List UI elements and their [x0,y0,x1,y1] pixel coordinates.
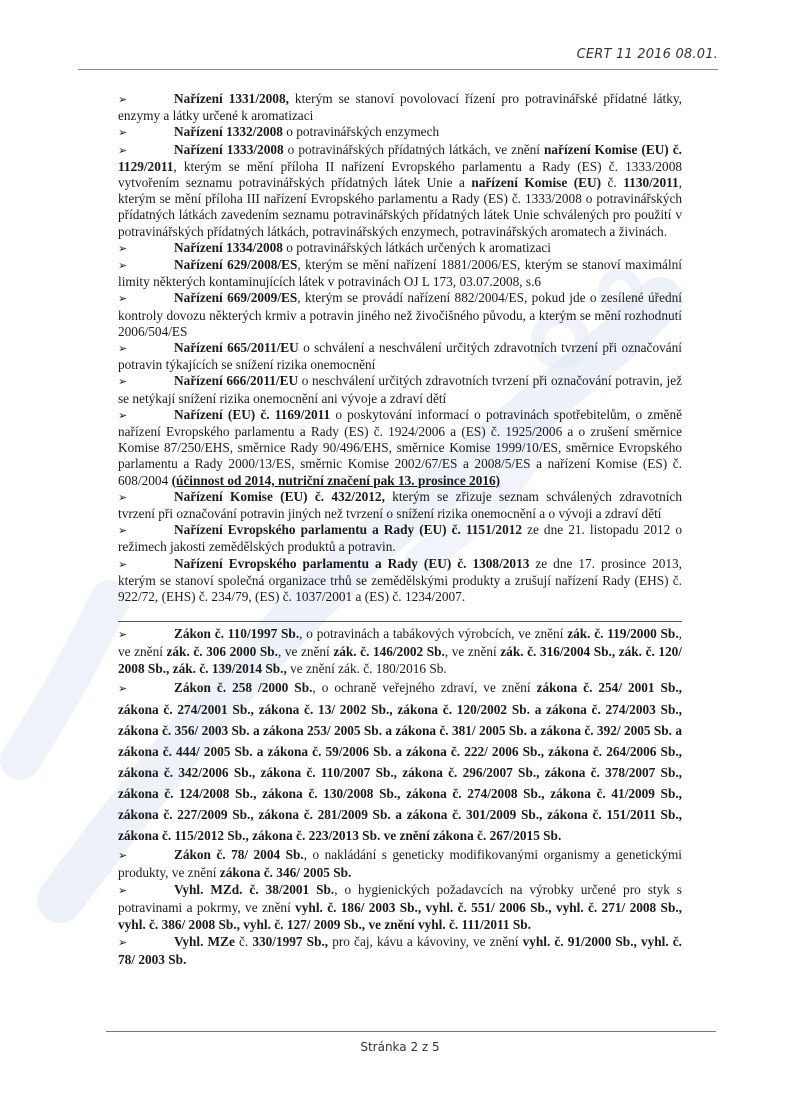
bold-reference: Nařízení Evropského parlamentu a Rady (E… [174,522,522,537]
bold-reference: zákona č. 346/ 2005 Sb. [220,865,352,880]
section-divider [118,621,682,622]
arrow-bullet-icon: ➢ [118,143,174,159]
bold-reference: Zákon č. 110/1997 Sb. [174,626,299,641]
list-item: ➢Zákon č. 110/1997 Sb., o potravinách a … [118,625,682,677]
item-text: , ve znění [445,644,500,659]
bold-reference: Nařízení 1334/2008 [174,240,283,255]
bold-reference: 1130/2011 [623,175,678,190]
national-laws-list: ➢Zákon č. 110/1997 Sb., o potravinách a … [118,625,682,968]
list-item: ➢Zákon č. 78/ 2004 Sb., o nakládání s ge… [118,846,682,881]
list-item: ➢Nařízení 1333/2008 o potravinářských př… [118,142,682,240]
list-item: ➢Nařízení (EU) č. 1169/2011 o poskytován… [118,407,682,489]
item-text: ve znění zák. č. 180/2016 Sb. [287,661,447,676]
bold-reference: Nařízení (EU) č. 1169/2011 [174,407,330,422]
arrow-bullet-icon: ➢ [118,92,174,108]
item-text: o potravinářských enzymech [283,124,439,139]
list-item: ➢Zákon č. 258 /2000 Sb., o ochraně veřej… [118,677,682,846]
arrow-bullet-icon: ➢ [118,258,174,274]
header-divider [78,69,718,70]
underlined-note: (účinnost od 2014, nutriční značení pak … [172,473,501,488]
arrow-bullet-icon: ➢ [118,125,174,141]
bold-reference: zák. č. 306 2000 Sb. [167,644,278,659]
list-item: ➢Nařízení 669/2009/ES, kterým se provádí… [118,290,682,340]
arrow-bullet-icon: ➢ [118,374,174,390]
arrow-bullet-icon: ➢ [118,934,174,951]
list-item: ➢Nařízení Evropského parlamentu a Rady (… [118,522,682,555]
arrow-bullet-icon: ➢ [118,882,174,899]
page-header: CERT 11 2016 08.01. [78,47,718,67]
document-code: CERT 11 2016 08.01. [577,47,718,62]
bold-reference: Nařízení 669/2009/ES [174,290,297,305]
page-number: Stránka 2 z 5 [0,1040,800,1054]
item-text: pro čaj, kávu a kávoviny, ve znění [328,934,522,949]
bold-reference: 330/1997 Sb., [252,934,328,949]
bold-reference: Nařízení 629/2008/ES [174,257,297,272]
list-item: ➢Nařízení 629/2008/ES, kterým se mění na… [118,257,682,290]
bold-reference: Zákon č. 78/ 2004 Sb. [174,847,304,862]
bold-reference: Nařízení 1332/2008 [174,124,283,139]
arrow-bullet-icon: ➢ [118,341,174,357]
arrow-bullet-icon: ➢ [118,557,174,573]
arrow-bullet-icon: ➢ [118,241,174,257]
list-item: ➢Nařízení Komise (EU) č. 432/2012, který… [118,489,682,522]
item-text: o potravinářských přídatných látkách, ve… [284,142,544,157]
list-item: ➢Nařízení Evropského parlamentu a Rady (… [118,556,682,606]
bold-reference: Nařízení 665/2011/EU [174,340,299,355]
item-text: , o potravinách a tabákových výrobcích, … [299,626,567,641]
list-item: ➢Nařízení 666/2011/EU o neschválení urči… [118,373,682,406]
bold-reference: zákona č. 254/ 2001 Sb., zákona č. 274/2… [118,680,682,843]
bold-reference: Nařízení Komise (EU) č. 432/2012, [174,489,385,504]
regulations-list: ➢Nařízení 1331/2008, kterým se stanoví p… [118,91,682,605]
bold-reference: Nařízení 1331/2008, [174,91,289,106]
bold-reference: Vyhl. MZd. č. 38/2001 Sb. [174,882,334,897]
list-item: ➢Nařízení 1334/2008 o potravinářských lá… [118,240,682,257]
bold-reference: Nařízení Evropského parlamentu a Rady (E… [174,556,529,571]
arrow-bullet-icon: ➢ [118,678,174,699]
list-item: ➢Vyhl. MZd. č. 38/2001 Sb., o hygienický… [118,881,682,933]
bold-reference: Vyhl. MZe [174,934,235,949]
footer-divider [106,1031,716,1032]
arrow-bullet-icon: ➢ [118,490,174,506]
arrow-bullet-icon: ➢ [118,626,174,643]
list-item: ➢Nařízení 1332/2008 o potravinářských en… [118,124,682,141]
bold-reference: nařízení Komise (EU) [471,175,601,190]
list-item: ➢Nařízení 665/2011/EU o schválení a nesc… [118,340,682,373]
arrow-bullet-icon: ➢ [118,523,174,539]
arrow-bullet-icon: ➢ [118,291,174,307]
bold-reference: Nařízení 666/2011/EU [174,373,298,388]
arrow-bullet-icon: ➢ [118,408,174,424]
item-text: č. [235,934,252,949]
item-text: o potravinářských látkách určených k aro… [283,240,551,255]
bold-reference: zák. č. 146/2002 Sb. [333,644,445,659]
bold-reference: zák. č. 119/2000 Sb. [567,626,678,641]
bold-reference: Nařízení 1333/2008 [174,142,284,157]
item-text: , o ochraně veřejného zdraví, ve znění [312,680,536,695]
bold-reference: Zákon č. 258 /2000 Sb. [174,680,312,695]
arrow-bullet-icon: ➢ [118,847,174,864]
item-text: , ve znění [278,644,333,659]
list-item: ➢Nařízení 1331/2008, kterým se stanoví p… [118,91,682,124]
document-body: ➢Nařízení 1331/2008, kterým se stanoví p… [118,91,682,968]
list-item: ➢Vyhl. MZe č. 330/1997 Sb., pro čaj, káv… [118,933,682,968]
item-text: č. [601,175,623,190]
